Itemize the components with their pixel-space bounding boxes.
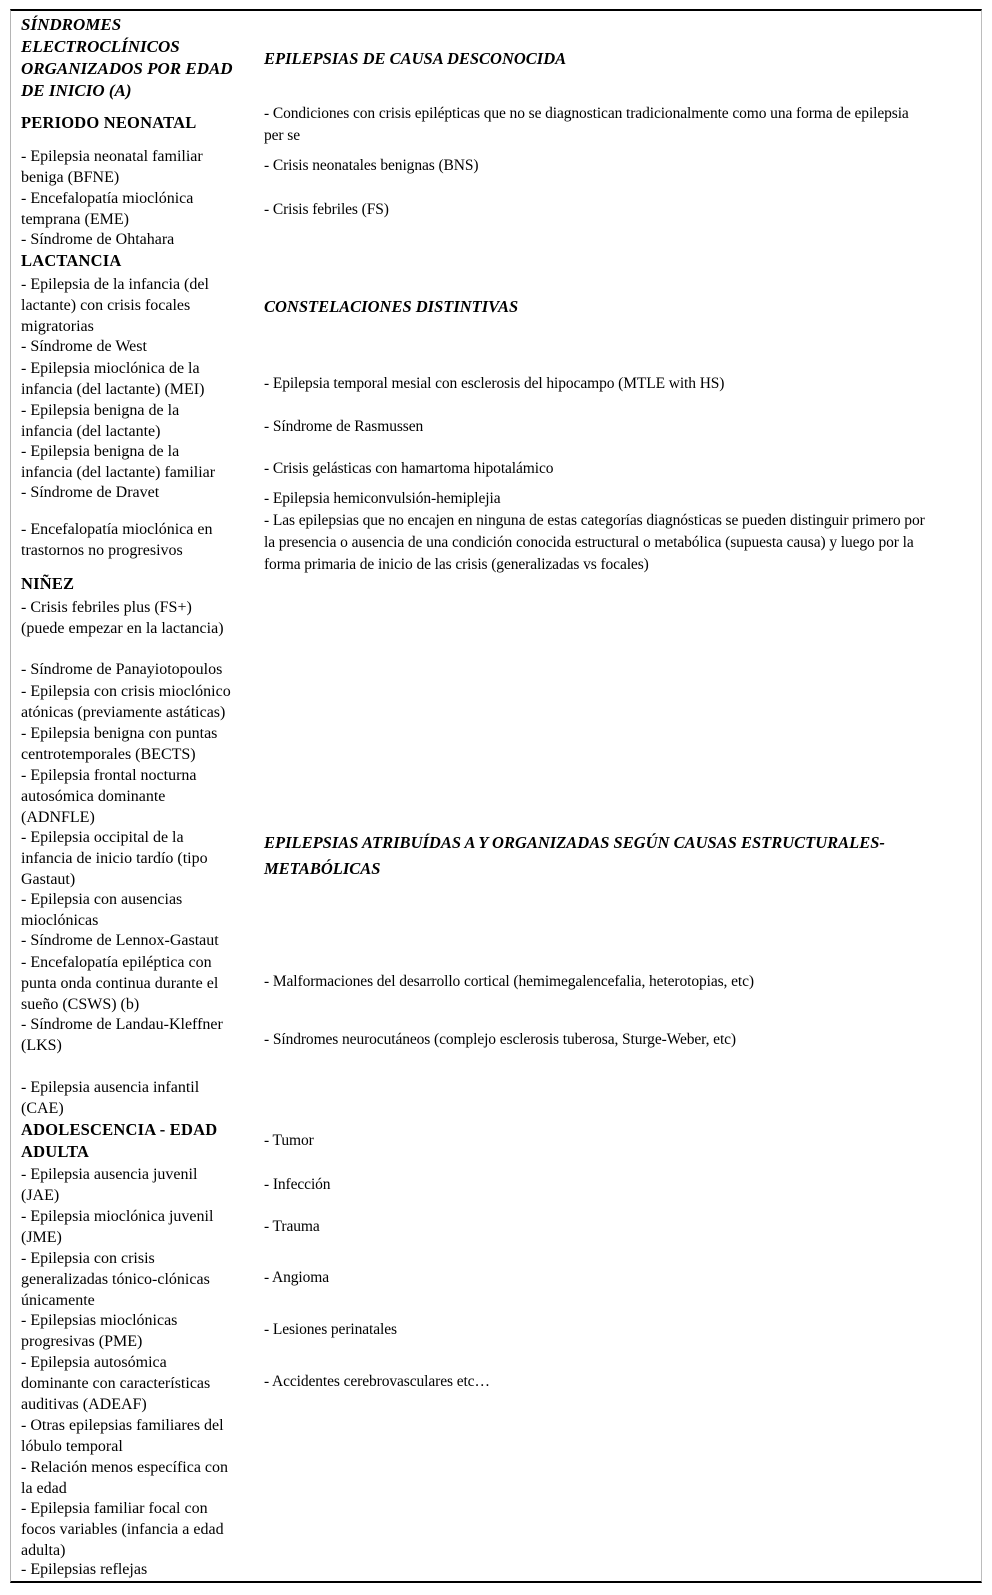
item-trauma: - Trauma	[264, 1216, 970, 1238]
text-line: atónicas (previamente astáticas)	[21, 702, 259, 723]
text-line: DE INICIO (A)	[21, 80, 259, 102]
item-mei: - Epilepsia mioclónica de lainfancia (de…	[21, 358, 259, 400]
text-line: - Epilepsia ausencia juvenil	[21, 1164, 259, 1185]
item-relacion-edad: - Relación menos específica conla edad	[21, 1457, 259, 1499]
header-lactancia: LACTANCIA	[21, 250, 259, 272]
item-neurocutaneos: - Síndromes neurocutáneos (complejo escl…	[264, 1029, 970, 1051]
text-line: - Epilepsia con ausencias	[21, 889, 259, 910]
text-line: - Epilepsia temporal mesial con escleros…	[264, 373, 970, 395]
text-line: - Crisis febriles plus (FS+)	[21, 597, 259, 618]
text-line: - Relación menos específica con	[21, 1457, 259, 1478]
item-lobulo-temporal: - Otras epilepsias familiares dellóbulo …	[21, 1415, 259, 1457]
text-line: - Crisis gelásticas con hamartoma hipota…	[264, 458, 970, 480]
text-line: - Angioma	[264, 1267, 970, 1289]
text-line: - Epilepsia frontal nocturna	[21, 765, 259, 786]
text-line: ADULTA	[21, 1141, 259, 1163]
item-accidentes: - Accidentes cerebrovasculares etc…	[264, 1371, 970, 1393]
text-line: focos variables (infancia a edad	[21, 1519, 259, 1540]
text-line: centrotemporales (BECTS)	[21, 744, 259, 765]
item-bfne: - Epilepsia neonatal familiarbeniga (BFN…	[21, 146, 259, 188]
text-line: - Las epilepsias que no encajen en ningu…	[264, 510, 970, 532]
text-line: - Malformaciones del desarrollo cortical…	[264, 971, 970, 993]
header-estructurales-metabolicas: EPILEPSIAS ATRIBUÍDAS A Y ORGANIZADAS SE…	[264, 830, 970, 882]
text-line: - Síndrome de Ohtahara	[21, 229, 259, 250]
text-line: - Epilepsias mioclónicas	[21, 1310, 259, 1331]
item-mioclonico-atonicas: - Epilepsia con crisis mioclónicoatónica…	[21, 681, 259, 723]
text-line: - Epilepsia benigna con puntas	[21, 723, 259, 744]
text-line: punta onda continua durante el	[21, 973, 259, 994]
text-line: - Infección	[264, 1174, 970, 1196]
item-reflejas: - Epilepsias reflejas	[21, 1559, 259, 1580]
item-tonico-clonicas: - Epilepsia con crisisgeneralizadas tóni…	[21, 1248, 259, 1311]
text-line: (ADNFLE)	[21, 807, 259, 828]
item-west: - Síndrome de West	[21, 336, 259, 357]
text-line: METABÓLICAS	[264, 856, 970, 882]
item-eme: - Encefalopatía mioclónicatemprana (EME)	[21, 188, 259, 230]
text-line: forma primaria de inicio de las crisis (…	[264, 554, 970, 576]
text-line: - Síndrome de Landau-Kleffner	[21, 1014, 259, 1035]
item-gastaut: - Epilepsia occipital de lainfancia de i…	[21, 827, 259, 890]
text-line: - Síndromes neurocutáneos (complejo escl…	[264, 1029, 970, 1051]
text-line: auditivas (ADEAF)	[21, 1394, 259, 1415]
item-panayiotopoulos: - Síndrome de Panayiotopoulos	[21, 659, 259, 680]
header-constelaciones: CONSTELACIONES DISTINTIVAS	[264, 294, 970, 320]
text-line: beniga (BFNE)	[21, 167, 259, 188]
header-ninez: NIÑEZ	[21, 573, 259, 595]
item-tumor: - Tumor	[264, 1130, 970, 1152]
text-line: - Síndrome de Rasmussen	[264, 416, 970, 438]
text-line: - Otras epilepsias familiares del	[21, 1415, 259, 1436]
item-hemiconvulsion: - Epilepsia hemiconvulsión-hemiplejia	[264, 488, 970, 510]
text-line: - Crisis neonatales benignas (BNS)	[264, 155, 970, 177]
text-line: EPILEPSIAS ATRIBUÍDAS A Y ORGANIZADAS SE…	[264, 830, 970, 856]
text-line: - Epilepsia benigna de la	[21, 400, 259, 421]
text-line: infancia (del lactante)	[21, 421, 259, 442]
text-line: - Trauma	[264, 1216, 970, 1238]
text-line: autosómica dominante	[21, 786, 259, 807]
text-line: - Epilepsia autosómica	[21, 1352, 259, 1373]
item-dravet: - Síndrome de Dravet	[21, 482, 259, 503]
item-focos-variables: - Epilepsia familiar focal confocos vari…	[21, 1498, 259, 1561]
text-line: - Epilepsia mioclónica de la	[21, 358, 259, 379]
text-line: PERIODO NEONATAL	[21, 112, 259, 134]
item-no-encajen: - Las epilepsias que no encajen en ningu…	[264, 510, 970, 576]
text-line: - Epilepsia con crisis mioclónico	[21, 681, 259, 702]
text-line: - Condiciones con crisis epilépticas que…	[264, 103, 970, 125]
item-fs-plus: - Crisis febriles plus (FS+)(puede empez…	[21, 597, 259, 639]
text-line: ELECTROCLÍNICOS	[21, 36, 259, 58]
text-line: infancia (del lactante) (MEI)	[21, 379, 259, 400]
text-line: - Tumor	[264, 1130, 970, 1152]
text-line: infancia de inicio tardío (tipo	[21, 848, 259, 869]
text-line: migratorias	[21, 316, 259, 337]
item-angioma: - Angioma	[264, 1267, 970, 1289]
text-line: infancia (del lactante) familiar	[21, 462, 259, 483]
left-title: SÍNDROMESELECTROCLÍNICOSORGANIZADOS POR …	[21, 14, 259, 102]
item-gelasticas: - Crisis gelásticas con hamartoma hipota…	[264, 458, 970, 480]
text-line: - Epilepsia occipital de la	[21, 827, 259, 848]
text-line: - Síndrome de West	[21, 336, 259, 357]
item-lks: - Síndrome de Landau-Kleffner(LKS)	[21, 1014, 259, 1056]
text-line: mioclónicas	[21, 910, 259, 931]
text-line: - Síndrome de Dravet	[21, 482, 259, 503]
text-line: (JME)	[21, 1227, 259, 1248]
text-line: - Epilepsia con crisis	[21, 1248, 259, 1269]
text-line: - Epilepsias reflejas	[21, 1559, 259, 1580]
text-line: - Epilepsia mioclónica juvenil	[21, 1206, 259, 1227]
text-line: NIÑEZ	[21, 573, 259, 595]
header-periodo-neonatal: PERIODO NEONATAL	[21, 112, 259, 134]
item-condiciones: - Condiciones con crisis epilépticas que…	[264, 103, 970, 147]
text-line: - Encefalopatía epiléptica con	[21, 952, 259, 973]
item-rasmussen: - Síndrome de Rasmussen	[264, 416, 970, 438]
text-line: adulta)	[21, 1540, 259, 1561]
text-line: - Epilepsia benigna de la	[21, 441, 259, 462]
text-line: per se	[264, 125, 970, 147]
text-line: progresivas (PME)	[21, 1331, 259, 1352]
text-line: CONSTELACIONES DISTINTIVAS	[264, 294, 970, 320]
item-bns: - Crisis neonatales benignas (BNS)	[264, 155, 970, 177]
text-line: únicamente	[21, 1290, 259, 1311]
text-line: la edad	[21, 1478, 259, 1499]
text-line: - Encefalopatía mioclónica en	[21, 519, 259, 540]
text-line: (LKS)	[21, 1035, 259, 1056]
item-jme: - Epilepsia mioclónica juvenil(JME)	[21, 1206, 259, 1248]
text-line: generalizadas tónico-clónicas	[21, 1269, 259, 1290]
item-ohtahara: - Síndrome de Ohtahara	[21, 229, 259, 250]
document-page: SÍNDROMESELECTROCLÍNICOSORGANIZADOS POR …	[0, 0, 992, 1595]
text-line: LACTANCIA	[21, 250, 259, 272]
text-line: - Epilepsia neonatal familiar	[21, 146, 259, 167]
text-line: - Lesiones perinatales	[264, 1319, 970, 1341]
text-line: lóbulo temporal	[21, 1436, 259, 1457]
item-crisis-focales-migratorias: - Epilepsia de la infancia (dellactante)…	[21, 274, 259, 337]
text-line: (JAE)	[21, 1185, 259, 1206]
item-malformaciones: - Malformaciones del desarrollo cortical…	[264, 971, 970, 993]
text-line: - Epilepsia de la infancia (del	[21, 274, 259, 295]
text-line: - Encefalopatía mioclónica	[21, 188, 259, 209]
text-line: - Epilepsia hemiconvulsión-hemiplejia	[264, 488, 970, 510]
text-line: lactante) con crisis focales	[21, 295, 259, 316]
item-csws: - Encefalopatía epiléptica conpunta onda…	[21, 952, 259, 1015]
item-adeaf: - Epilepsia autosómicadominante con cara…	[21, 1352, 259, 1415]
header-adolescencia: ADOLESCENCIA - EDADADULTA	[21, 1119, 259, 1163]
item-adnfle: - Epilepsia frontal nocturnaautosómica d…	[21, 765, 259, 828]
text-line: - Síndrome de Panayiotopoulos	[21, 659, 259, 680]
text-line: - Crisis febriles (FS)	[264, 199, 970, 221]
item-cae: - Epilepsia ausencia infantil(CAE)	[21, 1077, 259, 1119]
text-line: SÍNDROMES	[21, 14, 259, 36]
text-line: temprana (EME)	[21, 209, 259, 230]
text-line: ORGANIZADOS POR EDAD	[21, 58, 259, 80]
header-causa-desconocida: EPILEPSIAS DE CAUSA DESCONOCIDA	[264, 46, 970, 72]
text-line: sueño (CSWS) (b)	[21, 994, 259, 1015]
text-line: (CAE)	[21, 1098, 259, 1119]
item-mtle-hs: - Epilepsia temporal mesial con escleros…	[264, 373, 970, 395]
item-pme: - Epilepsias mioclónicasprogresivas (PME…	[21, 1310, 259, 1352]
text-line: dominante con características	[21, 1373, 259, 1394]
text-line: Gastaut)	[21, 869, 259, 890]
item-ausencias-mioclonicas: - Epilepsia con ausenciasmioclónicas	[21, 889, 259, 931]
item-benigna-infancia-familiar: - Epilepsia benigna de lainfancia (del l…	[21, 441, 259, 483]
item-bects: - Epilepsia benigna con puntascentrotemp…	[21, 723, 259, 765]
item-lesiones-perinatales: - Lesiones perinatales	[264, 1319, 970, 1341]
text-line: EPILEPSIAS DE CAUSA DESCONOCIDA	[264, 46, 970, 72]
text-line: ADOLESCENCIA - EDAD	[21, 1119, 259, 1141]
item-encefalopatia-no-progresivos: - Encefalopatía mioclónica entrastornos …	[21, 519, 259, 561]
item-benigna-infancia: - Epilepsia benigna de lainfancia (del l…	[21, 400, 259, 442]
item-lennox-gastaut: - Síndrome de Lennox-Gastaut	[21, 930, 259, 951]
text-line: (puede empezar en la lactancia)	[21, 618, 259, 639]
text-line: - Epilepsia ausencia infantil	[21, 1077, 259, 1098]
text-line: - Síndrome de Lennox-Gastaut	[21, 930, 259, 951]
item-fs: - Crisis febriles (FS)	[264, 199, 970, 221]
item-jae: - Epilepsia ausencia juvenil(JAE)	[21, 1164, 259, 1206]
text-line: - Epilepsia familiar focal con	[21, 1498, 259, 1519]
text-line: la presencia o ausencia de una condición…	[264, 532, 970, 554]
item-infeccion: - Infección	[264, 1174, 970, 1196]
text-line: - Accidentes cerebrovasculares etc…	[264, 1371, 970, 1393]
text-line: trastornos no progresivos	[21, 540, 259, 561]
